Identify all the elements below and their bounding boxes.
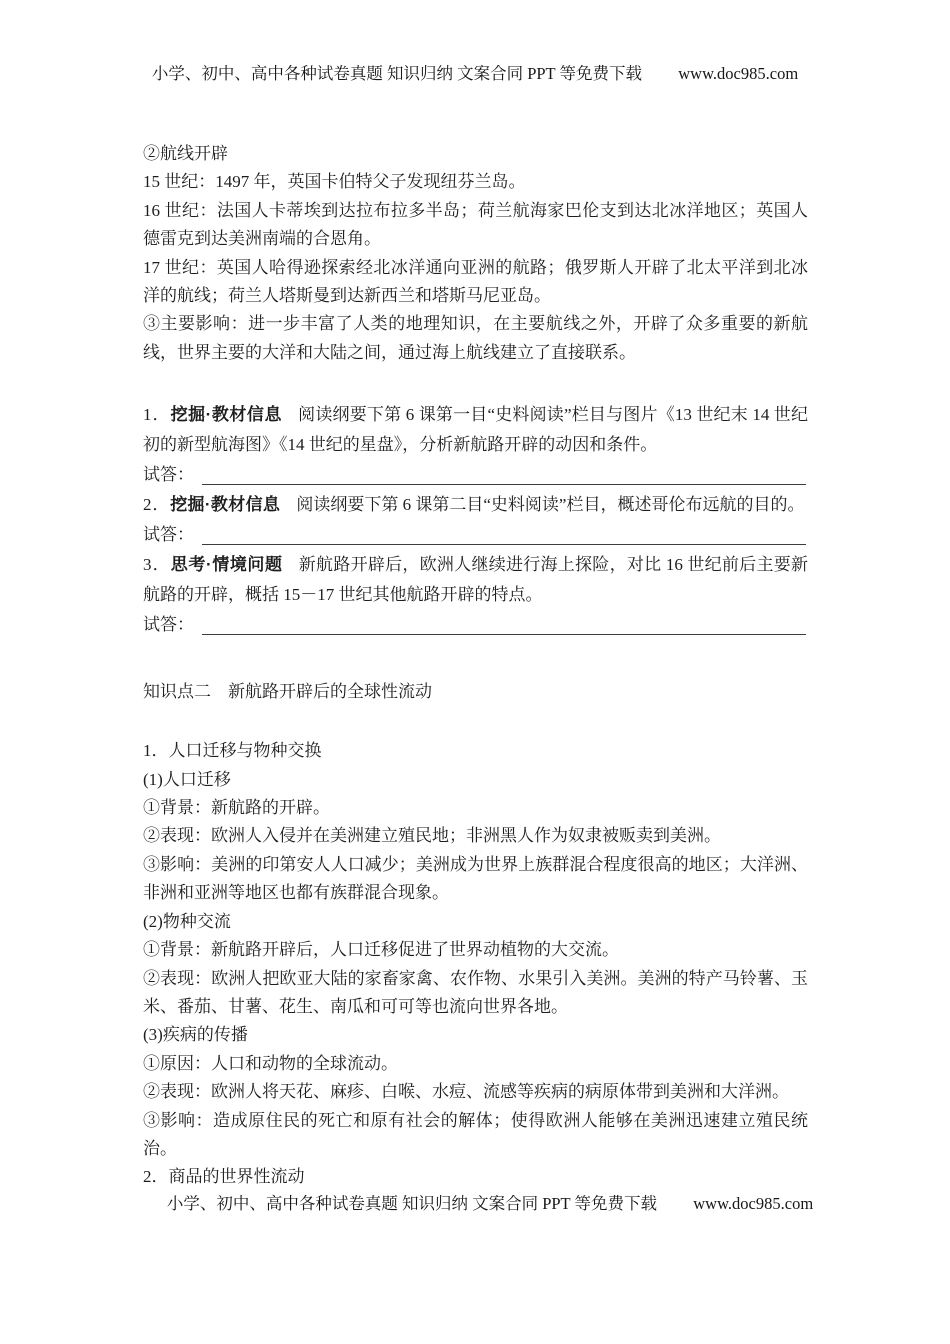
question-number: 2．	[143, 495, 170, 514]
question-text: 阅读纲要下第 6 课第二目“史料阅读”栏目，概述哥伦布远航的目的。	[296, 495, 804, 514]
global-flow-section: 1．人口迁移与物种交换 (1)人口迁移 ①背景：新航路的开辟。 ②表现：欧洲人入…	[143, 737, 808, 1192]
question-tag: 挖掘·教材信息	[171, 405, 282, 424]
blank-line	[143, 640, 808, 677]
answer-blank-rule	[202, 483, 806, 485]
question-number: 1．	[143, 405, 171, 424]
question-item: 3．思考·情境问题新航路开辟后，欧洲人继续进行海上探险，对比 16 世纪前后主要…	[143, 550, 808, 610]
answer-line: 试答：	[143, 460, 808, 490]
doc-paragraph: 2．商品的世界性流动	[143, 1163, 808, 1191]
question-tag: 思考·情境问题	[171, 555, 283, 574]
answer-prefix: 试答：	[143, 610, 194, 640]
page-header: 小学、初中、高中各种试卷真题 知识归纳 文案合同 PPT 等免费下载www.do…	[120, 62, 830, 86]
doc-paragraph: (1)人口迁移	[143, 766, 808, 794]
doc-paragraph: ①背景：新航路的开辟。	[143, 794, 808, 822]
header-site-url: www.doc985.com	[678, 64, 798, 83]
blank-line	[143, 367, 808, 400]
footer-watermark-text: 小学、初中、高中各种试卷真题 知识归纳 文案合同 PPT 等免费下载	[167, 1194, 657, 1213]
doc-paragraph: ③影响：美洲的印第安人人口减少；美洲成为世界上族群混合程度很高的地区；大洋洲、非…	[143, 851, 808, 908]
page-footer: 小学、初中、高中各种试卷真题 知识归纳 文案合同 PPT 等免费下载www.do…	[135, 1192, 845, 1216]
header-watermark-text: 小学、初中、高中各种试卷真题 知识归纳 文案合同 PPT 等免费下载	[152, 64, 642, 83]
answer-blank-rule	[202, 633, 806, 635]
knowledge-point-label: 知识点二	[143, 682, 211, 701]
blank-line	[143, 706, 808, 737]
footer-site-url: www.doc985.com	[693, 1194, 813, 1213]
doc-paragraph: 1．人口迁移与物种交换	[143, 737, 808, 765]
answer-prefix: 试答：	[143, 520, 194, 550]
doc-paragraph: 15 世纪：1497 年，英国卡伯特父子发现纽芬兰岛。	[143, 168, 808, 196]
doc-paragraph: ③主要影响：进一步丰富了人类的地理知识，在主要航线之外，开辟了众多重要的新航线，…	[143, 310, 808, 367]
question-tag: 挖掘·教材信息	[170, 495, 280, 514]
doc-paragraph: (3)疾病的传播	[143, 1021, 808, 1049]
question-item: 2．挖掘·教材信息阅读纲要下第 6 课第二目“史料阅读”栏目，概述哥伦布远航的目…	[143, 490, 808, 520]
question-item: 1．挖掘·教材信息阅读纲要下第 6 课第一目“史料阅读”栏目与图片《13 世纪末…	[143, 400, 808, 460]
knowledge-point-title: 新航路开辟后的全球性流动	[228, 682, 432, 701]
doc-paragraph: 17 世纪：英国人哈得逊探索经北冰洋通向亚洲的航路；俄罗斯人开辟了北太平洋到北冰…	[143, 254, 808, 311]
answer-prefix: 试答：	[143, 460, 194, 490]
document-page: 小学、初中、高中各种试卷真题 知识归纳 文案合同 PPT 等免费下载www.do…	[0, 0, 950, 1344]
doc-paragraph: ②表现：欧洲人把欧亚大陆的家畜家禽、农作物、水果引入美洲。美洲的特产马铃薯、玉米…	[143, 965, 808, 1022]
doc-paragraph: ②航线开辟	[143, 140, 808, 168]
doc-paragraph: ②表现：欧洲人入侵并在美洲建立殖民地；非洲黑人作为奴隶被贩卖到美洲。	[143, 822, 808, 850]
document-body: ②航线开辟 15 世纪：1497 年，英国卡伯特父子发现纽芬兰岛。 16 世纪：…	[143, 140, 808, 1192]
question-number: 3．	[143, 555, 171, 574]
answer-line: 试答：	[143, 610, 808, 640]
answer-line: 试答：	[143, 520, 808, 550]
doc-paragraph: ③影响：造成原住民的死亡和原有社会的解体；使得欧洲人能够在美洲迅速建立殖民统治。	[143, 1107, 808, 1164]
doc-paragraph: 16 世纪：法国人卡蒂埃到达拉布拉多半岛；荷兰航海家巴伦支到达北冰洋地区；英国人…	[143, 197, 808, 254]
questions-block: 1．挖掘·教材信息阅读纲要下第 6 课第一目“史料阅读”栏目与图片《13 世纪末…	[143, 400, 808, 640]
doc-paragraph: ②表现：欧洲人将天花、麻疹、白喉、水痘、流感等疾病的病原体带到美洲和大洋洲。	[143, 1078, 808, 1106]
doc-paragraph: (2)物种交流	[143, 908, 808, 936]
answer-blank-rule	[202, 543, 806, 545]
knowledge-point-heading: 知识点二新航路开辟后的全球性流动	[143, 677, 808, 706]
doc-paragraph: ①原因：人口和动物的全球流动。	[143, 1050, 808, 1078]
doc-paragraph: ①背景：新航路开辟后，人口迁移促进了世界动植物的大交流。	[143, 936, 808, 964]
route-opening-section: ②航线开辟 15 世纪：1497 年，英国卡伯特父子发现纽芬兰岛。 16 世纪：…	[143, 140, 808, 367]
